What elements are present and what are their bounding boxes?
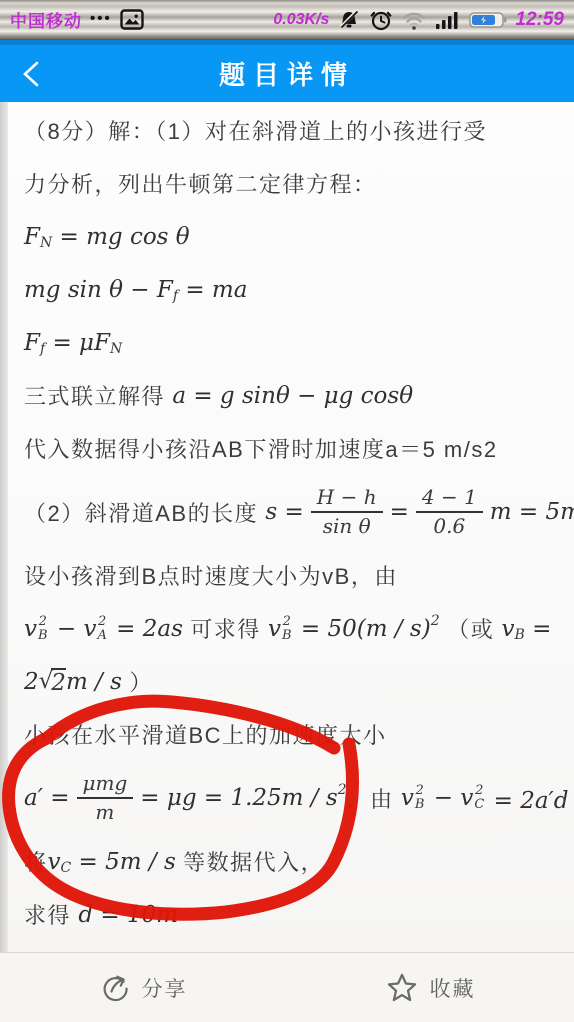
text-segment: 2 bbox=[98, 615, 106, 629]
text-segment: 2C bbox=[474, 784, 484, 811]
text-segment: （8分）解：（1）对在斜滑道上的小孩进行受 bbox=[24, 115, 487, 146]
text-segment: 0.6 bbox=[433, 513, 465, 539]
text-segment: = 2a′d ， bbox=[486, 782, 574, 815]
mute-icon bbox=[337, 9, 361, 31]
text-segment: 2 bbox=[24, 669, 39, 695]
text-segment: f bbox=[173, 288, 178, 304]
text-segment: 4 − 1 bbox=[416, 485, 483, 513]
status-bar: 中国移动 ••• 0.03K/s bbox=[0, 0, 574, 40]
text-segment: = μF bbox=[45, 330, 110, 356]
text-segment: f bbox=[40, 341, 45, 357]
text-segment: μmg bbox=[77, 771, 134, 799]
battery-charging-icon bbox=[469, 11, 507, 29]
text-segment: ，由 bbox=[347, 783, 394, 814]
share-icon bbox=[100, 973, 130, 1003]
photo-icon bbox=[120, 9, 144, 30]
text-segment: 2 bbox=[338, 782, 347, 798]
solution-line: 求得 d = 10m bbox=[24, 898, 558, 931]
text-segment: v bbox=[48, 849, 61, 875]
page-title: 题目详情 bbox=[0, 55, 574, 92]
text-segment: μmgm bbox=[77, 771, 134, 825]
text-segment: （或 bbox=[440, 613, 495, 644]
alarm-icon bbox=[369, 9, 393, 31]
net-speed-label: 0.03K/s bbox=[273, 11, 329, 29]
solution-line: 设小孩滑到B点时速度大小为vB，由 bbox=[24, 559, 558, 592]
text-segment: （2）斜滑道AB的长度 bbox=[24, 497, 258, 528]
text-segment: sin θ bbox=[323, 513, 371, 539]
share-label: 分享 bbox=[142, 973, 188, 1003]
text-segment: v bbox=[394, 785, 414, 811]
text-segment: √2 bbox=[39, 668, 66, 696]
text-segment: H − h bbox=[311, 485, 383, 513]
text-segment: 代入数据得小孩沿AB下滑时加速度a＝5 m/s2 bbox=[24, 433, 498, 464]
text-segment: F bbox=[24, 330, 40, 356]
text-segment: d = 10m bbox=[71, 902, 178, 928]
solution-line: v2B − v2A = 2as 可求得 v2B = 50(m / s)2 （或 … bbox=[24, 612, 558, 645]
text-segment: B bbox=[415, 798, 425, 812]
carrier-label: 中国移动 bbox=[10, 7, 82, 32]
text-segment: N bbox=[40, 235, 52, 251]
left-edge-strip bbox=[0, 102, 8, 952]
text-segment: 小孩在水平滑道BC上的加速度大小 bbox=[24, 719, 387, 750]
text-segment: a = g sinθ − μg cosθ bbox=[165, 383, 413, 409]
text-segment: 2 bbox=[475, 784, 483, 798]
text-segment: s = bbox=[258, 499, 304, 525]
text-segment: = ma bbox=[178, 277, 247, 303]
text-segment: 2B bbox=[282, 615, 292, 642]
solution-line: 三式联立解得 a = g sinθ − μg cosθ bbox=[24, 379, 558, 412]
text-segment: = bbox=[390, 499, 409, 525]
text-segment: v bbox=[494, 616, 514, 642]
text-segment: 2B bbox=[38, 615, 48, 642]
text-segment: 4 − 10.6 bbox=[416, 485, 483, 539]
chevron-left-icon bbox=[20, 59, 42, 89]
text-segment: = 50(m / s) bbox=[294, 616, 431, 642]
text-segment: C bbox=[61, 860, 72, 876]
solution-line: mg sin θ − Ff = ma bbox=[24, 273, 558, 306]
app-screen: 中国移动 ••• 0.03K/s bbox=[0, 0, 574, 1022]
more-dots-icon: ••• bbox=[90, 10, 112, 30]
solution-content: （8分）解：（1）对在斜滑道上的小孩进行受力分析，列出牛顿第二定律方程：FN =… bbox=[0, 102, 574, 952]
text-segment: 将 bbox=[24, 846, 48, 877]
text-segment: C bbox=[474, 798, 484, 812]
title-bar: 题目详情 bbox=[0, 40, 574, 102]
solution-line: （2）斜滑道AB的长度 s =H − hsin θ=4 − 10.6m = 5m bbox=[24, 485, 558, 539]
text-segment: 2 bbox=[51, 668, 66, 696]
text-segment: 2A bbox=[97, 615, 106, 642]
solution-line: a′ =μmgm= μg = 1.25m / s2，由 v2B − v2C = … bbox=[24, 771, 558, 825]
back-button[interactable] bbox=[14, 57, 48, 91]
share-button[interactable]: 分享 bbox=[0, 973, 287, 1003]
clock-label: 12:59 bbox=[515, 9, 564, 31]
text-segment: 设小孩滑到B点时速度大小为vB，由 bbox=[24, 560, 398, 591]
solution-line: 将vC = 5m / s 等数据代入， bbox=[24, 845, 558, 878]
text-segment: B bbox=[38, 629, 48, 643]
wifi-icon bbox=[401, 10, 427, 30]
text-segment: v bbox=[24, 616, 37, 642]
text-segment: 三式联立解得 bbox=[24, 380, 165, 411]
text-segment: B bbox=[282, 629, 292, 643]
solution-line: 小孩在水平滑道BC上的加速度大小 bbox=[24, 718, 558, 751]
text-segment: − v bbox=[50, 616, 97, 642]
text-segment: A bbox=[97, 629, 106, 643]
solution-line: 力分析，列出牛顿第二定律方程： bbox=[24, 167, 558, 200]
text-segment: 求得 bbox=[24, 899, 71, 930]
text-segment: 力分析，列出牛顿第二定律方程： bbox=[24, 168, 377, 199]
text-segment: = μg = 1.25m / s bbox=[140, 785, 337, 811]
signal-icon bbox=[435, 10, 461, 30]
solution-line: （8分）解：（1）对在斜滑道上的小孩进行受 bbox=[24, 114, 558, 147]
text-segment: m / s bbox=[66, 669, 122, 695]
text-segment: m = 5m bbox=[490, 499, 574, 525]
bottom-toolbar: 分享 收藏 bbox=[0, 952, 574, 1022]
text-segment: ） bbox=[122, 666, 153, 697]
text-segment: 等数据代入， bbox=[183, 846, 324, 877]
solution-line: FN = mg cos θ bbox=[24, 220, 558, 253]
text-segment: 2B bbox=[415, 784, 425, 811]
solution-line: 2√2m / s ） bbox=[24, 665, 558, 698]
text-segment: F bbox=[24, 224, 40, 250]
text-segment: 2 bbox=[416, 784, 424, 798]
solution-line: Ff = μFN bbox=[24, 326, 558, 359]
text-segment: 2 bbox=[431, 613, 440, 629]
text-segment: 2 bbox=[39, 615, 47, 629]
text-segment: = 2as bbox=[109, 616, 190, 642]
favorite-label: 收藏 bbox=[430, 973, 476, 1003]
text-segment: − v bbox=[426, 785, 473, 811]
text-segment: v bbox=[261, 616, 281, 642]
text-segment: B bbox=[515, 627, 525, 643]
text-segment: N bbox=[110, 341, 122, 357]
text-segment: a′ = bbox=[24, 785, 70, 811]
text-segment: mg sin θ − F bbox=[24, 277, 173, 303]
text-segment: m bbox=[95, 799, 114, 825]
text-segment: 可求得 bbox=[190, 613, 261, 644]
solution-text: （8分）解：（1）对在斜滑道上的小孩进行受力分析，列出牛顿第二定律方程：FN =… bbox=[24, 114, 558, 931]
text-segment: 2 bbox=[283, 615, 291, 629]
star-icon bbox=[386, 972, 418, 1004]
text-segment: = 5m / s bbox=[71, 849, 183, 875]
text-segment: = mg cos θ bbox=[52, 224, 189, 250]
favorite-button[interactable]: 收藏 bbox=[287, 972, 574, 1004]
text-segment: = bbox=[525, 616, 552, 642]
solution-line: 代入数据得小孩沿AB下滑时加速度a＝5 m/s2 bbox=[24, 432, 558, 465]
text-segment: H − hsin θ bbox=[311, 485, 383, 539]
